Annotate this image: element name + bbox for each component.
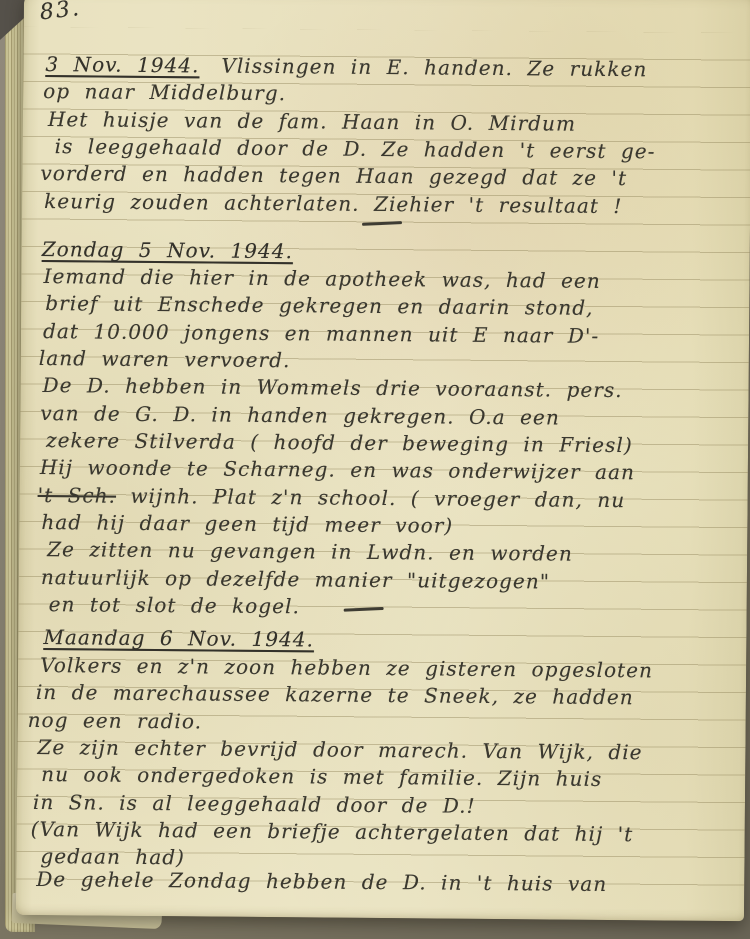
handwriting-line: De gehele Zondag hebben de D. in 't huis… xyxy=(36,867,607,896)
handwriting-line: op naar Middelburg. xyxy=(43,79,286,105)
handwriting-line: en tot slot de kogel. xyxy=(49,592,300,618)
page-number: 83. xyxy=(39,0,82,25)
handwriting-line: Het huisje van de fam. Haan in O. Mirdum xyxy=(48,107,576,136)
handwriting-line: dat 10.000 jongens en mannen uit E naar … xyxy=(43,319,599,348)
handwriting-line: 't Sch. wijnh. Plat z'n school. ( vroege… xyxy=(38,483,626,512)
handwriting-line: natuurlijk op dezelfde manier "uitgezoge… xyxy=(41,565,550,593)
handwriting-line: in Sn. is al leeggehaald door de D.! xyxy=(33,790,476,818)
handwriting-line: land waren vervoerd. xyxy=(39,346,291,372)
handwriting-line: brief uit Enschede gekregen en daarin st… xyxy=(45,291,593,320)
struck-text: 't Sch. xyxy=(38,483,117,508)
handwriting-line: Vlissingen in E. handen. Ze rukken xyxy=(221,54,647,82)
handwriting-line: De D. hebben in Wommels drie vooraanst. … xyxy=(42,373,622,402)
handwriting-line: zekere Stilverda ( hoofd der beweging in… xyxy=(46,428,633,457)
handwriting-line: Ze zitten nu gevangen in Lwdn. en worden xyxy=(47,537,573,566)
diary-scan: 83. 3 Nov. 1944. Vlissingen in E. handen… xyxy=(0,0,750,939)
handwriting-line: Iemand die hier in de apotheek was, had … xyxy=(43,264,600,293)
handwriting-text: wijnh. Plat z'n school. ( vroeger dan, n… xyxy=(130,484,625,512)
entry-3-heading: Maandag 6 Nov. 1944. xyxy=(43,625,314,651)
handwriting-line: keurig zouden achterlaten. Ziehier 't re… xyxy=(44,189,622,218)
handwriting-line: van de G. D. in handen gekregen. O.a een xyxy=(40,401,560,430)
handwriting-line: nu ook ondergedoken is met familie. Zijn… xyxy=(41,762,602,791)
handwriting-line: nog een radio. xyxy=(28,708,203,734)
notebook-page: 83. 3 Nov. 1944. Vlissingen in E. handen… xyxy=(16,0,750,921)
entry-2-heading: Zondag 5 Nov. 1944. xyxy=(42,237,293,263)
handwriting-line: gedaan had) xyxy=(40,844,185,869)
entry-1-heading: 3 Nov. 1944. xyxy=(45,52,199,77)
handwriting-line: vorderd en hadden tegen Haan gezegd dat … xyxy=(40,161,627,190)
handwriting-line: had hij daar geen tijd meer voor) xyxy=(41,510,453,538)
